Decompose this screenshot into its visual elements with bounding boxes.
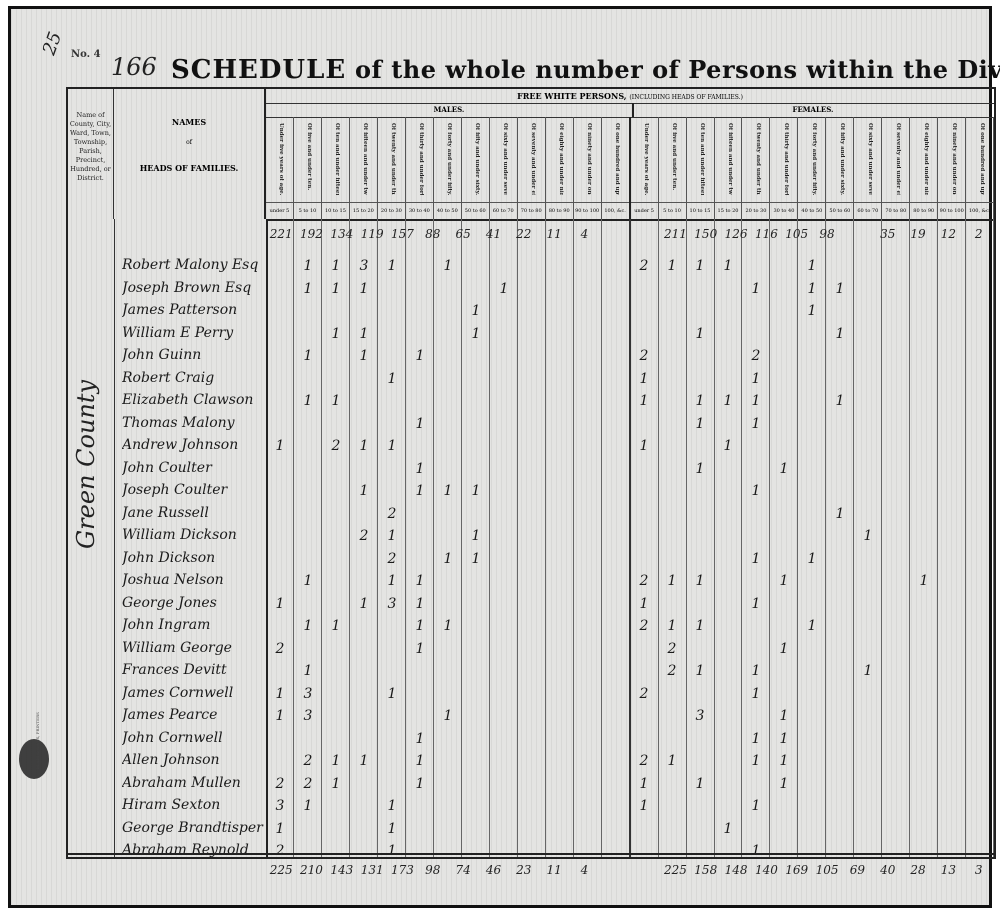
age-column-header: Of fifteen and under twenty.15 to 20 [715, 117, 743, 219]
count-cell [406, 818, 434, 840]
count-cell [462, 255, 490, 277]
head-of-family-name: Elizabeth Clawson [122, 392, 270, 408]
count-cell [322, 480, 350, 502]
count-cell [742, 300, 770, 322]
count-cell [434, 593, 462, 615]
age-column-label: Of twenty and under thirty. [751, 123, 761, 195]
count-cell [266, 750, 294, 772]
count-cell [518, 548, 546, 570]
count-cell [882, 435, 910, 457]
count-cell [350, 795, 378, 817]
count-cell [966, 773, 994, 795]
count-cell [938, 480, 966, 502]
count-cell: 1 [686, 390, 714, 412]
count-cell [854, 728, 882, 750]
count-cell [574, 480, 602, 502]
total-cell: 148 [721, 859, 751, 881]
count-cell [938, 593, 966, 615]
count-cell: 1 [322, 278, 350, 300]
total-cell: 98 [812, 223, 842, 245]
count-cell: 1 [406, 570, 434, 592]
age-column-header: Of fifty and under sixty.50 to 60 [462, 117, 490, 219]
count-cell [966, 548, 994, 570]
head-of-family-name: Thomas Malony [122, 415, 270, 431]
count-cell [882, 660, 910, 682]
form-number: No. 4 [71, 49, 101, 60]
age-column-header: Of fifty and under sixty.50 to 60 [826, 117, 854, 219]
count-cell: 1 [434, 615, 462, 637]
count-cell [546, 570, 574, 592]
count-cell [854, 458, 882, 480]
count-cell [714, 480, 742, 502]
count-cell [686, 525, 714, 547]
count-cell: 1 [322, 255, 350, 277]
count-cell [854, 615, 882, 637]
count-cell [462, 683, 490, 705]
count-cell [910, 525, 938, 547]
count-cell [294, 593, 322, 615]
count-cell [882, 390, 910, 412]
females-header: FEMALES. [632, 103, 994, 118]
count-cell [322, 638, 350, 660]
count-cell: 1 [770, 728, 798, 750]
count-cell [574, 660, 602, 682]
names-column-header: NAMES of HEADS OF FAMILIES. [114, 89, 266, 219]
total-cell: 11 [539, 859, 569, 881]
family-row: Allen Johnson21112111 [114, 750, 994, 772]
count-cell [938, 795, 966, 817]
count-cell [882, 728, 910, 750]
age-range-label: 20 to 30 [378, 202, 405, 219]
count-cell [462, 278, 490, 300]
count-cell [322, 683, 350, 705]
count-cell [266, 615, 294, 637]
count-cell [798, 390, 826, 412]
total-cell: 157 [387, 223, 417, 245]
count-cell: 1 [742, 390, 770, 412]
count-cell [602, 323, 630, 345]
count-cell [434, 278, 462, 300]
count-cell [742, 615, 770, 637]
count-cell [574, 345, 602, 367]
count-cell: 1 [630, 795, 658, 817]
age-column-header: Of twenty and under thirty.20 to 30 [378, 117, 406, 219]
total-cell: 19 [903, 223, 933, 245]
age-range-label: under 5 [631, 202, 658, 219]
count-cell: 1 [686, 323, 714, 345]
count-cell [434, 683, 462, 705]
count-cell: 1 [322, 615, 350, 637]
count-cell [378, 300, 406, 322]
count-cell [378, 323, 406, 345]
count-cell: 1 [322, 773, 350, 795]
count-cell [714, 570, 742, 592]
count-cell [910, 480, 938, 502]
count-cell: 1 [826, 278, 854, 300]
count-cell [322, 570, 350, 592]
count-cell [490, 435, 518, 457]
total-cell: 40 [873, 859, 903, 881]
count-cell [518, 660, 546, 682]
count-cell [546, 818, 574, 840]
count-cell: 1 [294, 255, 322, 277]
count-cell [546, 278, 574, 300]
count-cell [462, 458, 490, 480]
head-of-family-name: James Patterson [122, 302, 270, 318]
head-of-family-name: Robert Malony Esq [122, 257, 270, 273]
count-cell [322, 503, 350, 525]
count-cell: 3 [294, 683, 322, 705]
count-cell [518, 593, 546, 615]
count-cell [546, 773, 574, 795]
count-cell [266, 525, 294, 547]
count-cell: 1 [294, 345, 322, 367]
count-cell: 1 [378, 683, 406, 705]
count-cell [938, 300, 966, 322]
count-cell [714, 413, 742, 435]
count-cell [574, 413, 602, 435]
count-cell [518, 773, 546, 795]
head-of-family-name: Abraham Mullen [122, 775, 270, 791]
count-cell [798, 413, 826, 435]
age-range-label: 70 to 80 [518, 202, 545, 219]
count-cell [406, 278, 434, 300]
count-cell [350, 413, 378, 435]
count-cell [882, 300, 910, 322]
count-cell [266, 390, 294, 412]
count-cell [602, 705, 630, 727]
count-cell [266, 548, 294, 570]
total-cell: 173 [387, 859, 417, 881]
printer-imprint: BLAIR & RIVES, PRINTERS [35, 712, 40, 769]
count-cell [518, 750, 546, 772]
count-cell [798, 593, 826, 615]
count-cell [462, 593, 490, 615]
age-column-header: Of thirty and under forty.30 to 40 [406, 117, 434, 219]
count-cell [434, 818, 462, 840]
count-cell [966, 255, 994, 277]
count-cell [602, 278, 630, 300]
count-cell [714, 368, 742, 390]
count-cell [266, 300, 294, 322]
family-row: Joshua Nelson11121111 [114, 570, 994, 592]
count-cell [518, 818, 546, 840]
count-cell [630, 548, 658, 570]
total-cell: 88 [418, 223, 448, 245]
age-range-label: 10 to 15 [322, 202, 349, 219]
family-row: George Jones113111 [114, 593, 994, 615]
count-cell [378, 413, 406, 435]
count-cell [938, 818, 966, 840]
age-column-header: Of ninety and under one hundred.90 to 10… [938, 117, 966, 219]
count-cell [714, 773, 742, 795]
count-cell [798, 660, 826, 682]
count-cell [490, 413, 518, 435]
count-cell [798, 705, 826, 727]
count-cell [882, 795, 910, 817]
count-cell [294, 413, 322, 435]
count-cell [602, 570, 630, 592]
count-cell [798, 435, 826, 457]
count-cell [490, 480, 518, 502]
head-of-family-name: Joshua Nelson [122, 572, 270, 588]
count-cell [574, 368, 602, 390]
count-cell [910, 795, 938, 817]
age-range-label: 10 to 15 [687, 202, 714, 219]
count-cell [966, 750, 994, 772]
count-cell [770, 300, 798, 322]
head-of-family-name: William E Perry [122, 325, 270, 341]
count-cell [490, 615, 518, 637]
count-cell [826, 480, 854, 502]
count-cell: 1 [742, 728, 770, 750]
count-cell [966, 638, 994, 660]
count-cell: 1 [854, 525, 882, 547]
age-column-header: Of ten and under fifteen.10 to 15 [687, 117, 715, 219]
count-cell: 1 [686, 458, 714, 480]
count-cell [406, 503, 434, 525]
count-cell: 1 [406, 615, 434, 637]
count-cell [518, 795, 546, 817]
age-column-header: Of fifteen and under twenty.15 to 20 [350, 117, 378, 219]
count-cell [434, 345, 462, 367]
count-cell [770, 615, 798, 637]
family-row: Abraham Mullen2211111 [114, 773, 994, 795]
count-cell: 3 [266, 795, 294, 817]
count-cell [770, 818, 798, 840]
count-cell [322, 705, 350, 727]
count-cell: 1 [686, 660, 714, 682]
count-cell [826, 255, 854, 277]
total-cell: 23 [509, 859, 539, 881]
count-cell [602, 525, 630, 547]
count-cell [770, 548, 798, 570]
total-cell: 143 [327, 859, 357, 881]
count-cell [266, 480, 294, 502]
count-cell [938, 278, 966, 300]
count-cell [546, 255, 574, 277]
head-of-family-name: Joseph Brown Esq [122, 280, 270, 296]
count-cell [742, 435, 770, 457]
count-cell [490, 323, 518, 345]
count-cell: 2 [322, 435, 350, 457]
count-cell [714, 278, 742, 300]
count-cell [294, 300, 322, 322]
count-cell: 1 [630, 390, 658, 412]
count-cell [770, 390, 798, 412]
count-cell: 1 [658, 615, 686, 637]
count-cell [266, 323, 294, 345]
count-cell [742, 570, 770, 592]
count-cell [882, 503, 910, 525]
age-column-header: Of five and under ten.5 to 10 [294, 117, 322, 219]
count-cell [966, 503, 994, 525]
count-cell [518, 503, 546, 525]
free-white-persons-header: FREE WHITE PERSONS, (INCLUDING HEADS OF … [266, 89, 994, 104]
count-cell [770, 435, 798, 457]
total-cell: 192 [296, 223, 326, 245]
count-cell: 2 [658, 638, 686, 660]
total-cell: 131 [357, 859, 387, 881]
count-cell [574, 458, 602, 480]
count-cell: 1 [490, 278, 518, 300]
count-cell [574, 750, 602, 772]
count-cell [266, 278, 294, 300]
count-cell [686, 728, 714, 750]
count-cell [350, 660, 378, 682]
count-cell [406, 323, 434, 345]
count-cell [350, 548, 378, 570]
count-cell [966, 818, 994, 840]
count-cell [574, 705, 602, 727]
count-cell [686, 300, 714, 322]
count-cell: 2 [630, 683, 658, 705]
age-column-header: Of ninety and under one hundred.90 to 10… [574, 117, 602, 219]
count-cell [658, 345, 686, 367]
count-cell [882, 570, 910, 592]
count-cell [770, 368, 798, 390]
count-cell [854, 278, 882, 300]
count-cell [938, 413, 966, 435]
count-cell [294, 818, 322, 840]
count-cell [294, 503, 322, 525]
count-cell [658, 773, 686, 795]
count-cell [602, 728, 630, 750]
count-cell: 1 [406, 773, 434, 795]
count-cell: 1 [770, 638, 798, 660]
count-cell [658, 413, 686, 435]
count-cell [322, 525, 350, 547]
count-cell [518, 345, 546, 367]
count-cell [770, 525, 798, 547]
count-cell [378, 480, 406, 502]
count-cell [854, 683, 882, 705]
count-cell [462, 750, 490, 772]
count-cell [658, 593, 686, 615]
males-header: MALES. [266, 103, 634, 118]
count-cell [602, 345, 630, 367]
count-cell [854, 818, 882, 840]
total-cell: 134 [327, 223, 357, 245]
count-cell [658, 435, 686, 457]
age-column-label: Of fifteen and under twenty. [358, 123, 368, 195]
count-cell [966, 345, 994, 367]
count-cell [574, 435, 602, 457]
head-of-family-name: John Ingram [122, 617, 270, 633]
count-cell [882, 773, 910, 795]
count-cell [826, 750, 854, 772]
count-cell [574, 525, 602, 547]
count-cell [350, 705, 378, 727]
count-cell [602, 615, 630, 637]
count-cell [658, 503, 686, 525]
age-column-header: Of five and under ten.5 to 10 [659, 117, 687, 219]
total-cell: 169 [782, 859, 812, 881]
count-cell [406, 255, 434, 277]
count-cell [882, 548, 910, 570]
count-cell [798, 638, 826, 660]
count-cell [826, 435, 854, 457]
count-cell [350, 773, 378, 795]
count-cell [546, 390, 574, 412]
count-cell [518, 705, 546, 727]
count-cell: 1 [826, 503, 854, 525]
count-cell [686, 480, 714, 502]
age-column-header: Of forty and under fifty.40 to 50 [798, 117, 826, 219]
count-cell [882, 615, 910, 637]
count-cell [546, 615, 574, 637]
count-cell [798, 368, 826, 390]
count-cell [546, 525, 574, 547]
count-cell [938, 773, 966, 795]
count-cell [378, 390, 406, 412]
count-cell [406, 390, 434, 412]
count-cell [490, 660, 518, 682]
count-cell [826, 728, 854, 750]
count-cell [434, 773, 462, 795]
count-cell [518, 413, 546, 435]
count-cell [546, 503, 574, 525]
count-cell [266, 570, 294, 592]
total-cell: 12 [933, 223, 963, 245]
count-cell [378, 750, 406, 772]
count-cell [518, 323, 546, 345]
count-cell [714, 593, 742, 615]
count-cell [602, 390, 630, 412]
count-cell [378, 638, 406, 660]
count-cell [658, 368, 686, 390]
age-column-header: Of eighty and under ninety.80 to 90 [546, 117, 574, 219]
count-cell [854, 323, 882, 345]
count-cell: 3 [378, 593, 406, 615]
count-cell [938, 705, 966, 727]
count-cell [686, 278, 714, 300]
count-cell [434, 458, 462, 480]
count-cell [574, 255, 602, 277]
count-cell [630, 300, 658, 322]
free-white-persons-label: FREE WHITE PERSONS, [517, 91, 627, 101]
head-of-family-name: John Guinn [122, 347, 270, 363]
count-cell: 1 [462, 548, 490, 570]
count-cell [966, 435, 994, 457]
head-of-family-name: Hiram Sexton [122, 797, 270, 813]
count-cell [546, 458, 574, 480]
count-cell [938, 570, 966, 592]
age-range-label: 90 to 100 [574, 202, 601, 219]
count-cell: 1 [350, 593, 378, 615]
age-column-label: Of seventy and under eighty. [891, 123, 901, 195]
age-column-label: Of thirty and under forty. [414, 123, 424, 195]
count-cell [462, 390, 490, 412]
count-cell [490, 390, 518, 412]
age-column-label: Of twenty and under thirty. [386, 123, 396, 195]
count-cell: 1 [322, 323, 350, 345]
table-bottom-rule [68, 853, 994, 855]
count-cell: 1 [406, 345, 434, 367]
count-cell [826, 345, 854, 367]
total-cell [630, 223, 660, 245]
county-name: Green County [72, 380, 100, 549]
count-cell: 1 [686, 255, 714, 277]
count-cell: 2 [378, 503, 406, 525]
count-cell [322, 345, 350, 367]
family-row: Robert Malony Esq1131121111 [114, 255, 994, 277]
count-cell [966, 525, 994, 547]
count-cell [770, 255, 798, 277]
count-cell [574, 818, 602, 840]
county-column-header: Name of County, City, Ward, Town, Townsh… [68, 89, 114, 219]
count-cell [826, 818, 854, 840]
